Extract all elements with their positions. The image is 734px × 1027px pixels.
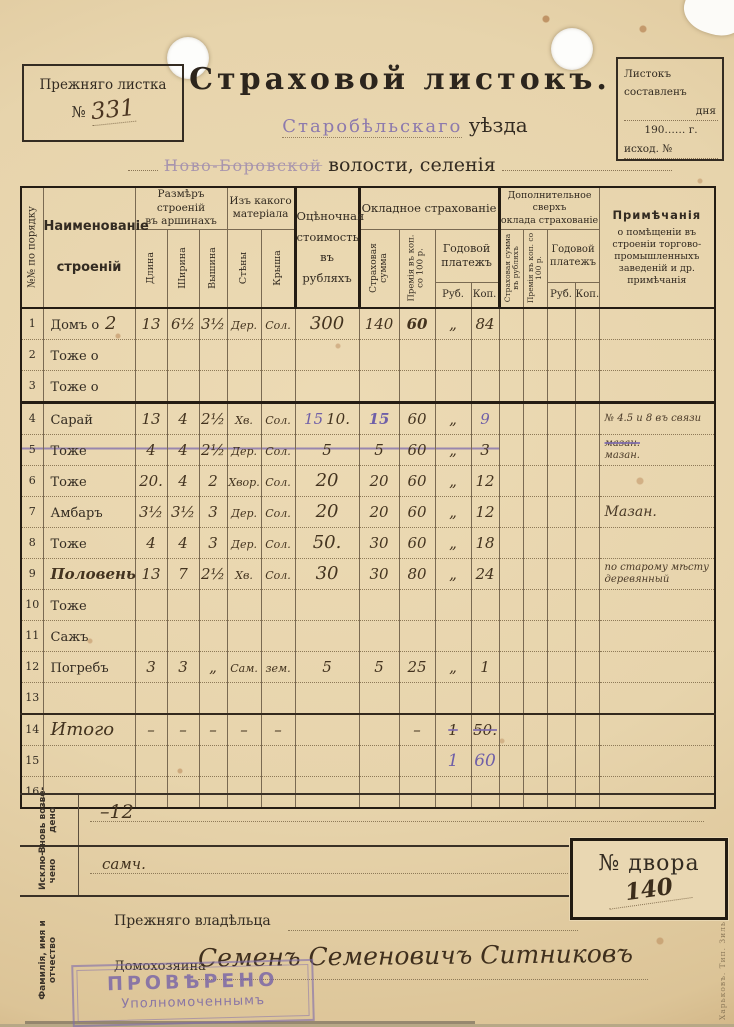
cell-erub <box>547 682 575 714</box>
cell-oprem <box>399 370 435 402</box>
cell-roof: зем. <box>261 651 295 682</box>
cell-esum <box>499 745 523 776</box>
cell-value: 30 <box>295 558 359 589</box>
cell-text: Тоже <box>51 444 87 459</box>
cell-erub <box>547 589 575 620</box>
cell-osum <box>359 339 399 370</box>
cell-roof: – <box>261 714 295 746</box>
cell-oprem: 60 <box>399 434 435 465</box>
cell-text: 5 <box>322 658 332 676</box>
table-row: 14Итого––––––150. <box>21 714 715 746</box>
previous-sheet-box: Прежняго листка № 331 <box>22 64 184 142</box>
cell-len: 3 <box>135 651 167 682</box>
cell-wid <box>167 589 199 620</box>
cell-walls <box>227 370 261 402</box>
cell-orub: 1 <box>435 714 471 746</box>
header-row-number: №№ по порядку <box>21 187 43 308</box>
cell-text: 3 <box>480 441 490 459</box>
cell-ekop <box>575 465 599 496</box>
cell-note <box>599 682 715 714</box>
uyezd-line: Старобѣльскаго уѣзда <box>235 113 575 137</box>
cell-note: № 4.5 и 8 въ связи <box>599 402 715 434</box>
cell-text: 5 <box>374 441 384 459</box>
header-notes: Примѣчанія о помѣщеніи въ строеніи торго… <box>599 187 715 308</box>
cell-text: 1 <box>448 721 458 739</box>
row-number: 6 <box>21 465 43 496</box>
family-name-label: Фамилія, имя иотчество <box>20 897 78 1022</box>
cell-wid: 4 <box>167 465 199 496</box>
cell-eprem <box>523 745 547 776</box>
cell-text: мазан. <box>600 450 715 462</box>
cell-text: № 4.5 и 8 въ связи <box>600 413 715 425</box>
cell-text: 60 <box>474 751 496 771</box>
cell-hgt: 2½ <box>199 558 227 589</box>
table-row: 9Половень1372½Хв.Сол.303080„24по старому… <box>21 558 715 589</box>
cell-oprem: – <box>399 714 435 746</box>
cell-value: 50. <box>295 527 359 558</box>
cell-osum: 15 <box>359 402 399 434</box>
cell-eprem <box>523 651 547 682</box>
cell-esum <box>499 589 523 620</box>
cell-len: 4 <box>135 434 167 465</box>
cell-text: Сам. <box>230 662 258 675</box>
cell-text: 60 <box>407 534 426 552</box>
cell-orub: „ <box>435 496 471 527</box>
cell-walls: Хв. <box>227 558 261 589</box>
cell-len <box>135 370 167 402</box>
cell-text: „ <box>449 534 457 552</box>
cell-roof: Сол. <box>261 527 295 558</box>
cell-wid <box>167 339 199 370</box>
cell-walls: Дер. <box>227 434 261 465</box>
cell-erub <box>547 308 575 340</box>
cell-text: – <box>274 721 282 739</box>
number-sign: № <box>72 103 86 121</box>
cell-ekop <box>575 527 599 558</box>
cell-oprem <box>399 620 435 651</box>
cell-osum <box>359 682 399 714</box>
cell-oprem <box>399 745 435 776</box>
header-rub: Руб. <box>435 282 471 308</box>
yard-number-box: № двора 140 <box>570 838 728 920</box>
header-size-group: Размѣръ строенійвъ аршинахъ <box>135 187 227 229</box>
cell-value <box>295 339 359 370</box>
cell-orub <box>435 682 471 714</box>
cell-erub <box>547 465 575 496</box>
scanned-insurance-sheet: Прежняго листка № 331 Страховой листокъ.… <box>0 0 734 1024</box>
cell-text: – <box>179 721 187 739</box>
cell-note <box>599 651 715 682</box>
header-oklad-sum: Страховая сумма <box>359 229 399 308</box>
cell-text: 50. <box>313 532 342 553</box>
cell-hgt: 3½ <box>199 308 227 340</box>
cell-okop: 50. <box>471 714 499 746</box>
cell-text: 13 <box>141 565 160 583</box>
cell-name: Тоже <box>43 465 135 496</box>
header-rub: Руб. <box>547 282 575 308</box>
cell-oprem: 60 <box>399 465 435 496</box>
cell-len <box>135 745 167 776</box>
table-row: 5Тоже442½Дер.Сол.5560„3мазан.мазан. <box>21 434 715 465</box>
cell-text: Дер. <box>231 538 257 551</box>
header-extra-sum: Страховая сумма въ рубляхъ <box>499 229 523 308</box>
cell-eprem <box>523 370 547 402</box>
cell-text: „ <box>449 315 457 333</box>
cell-name <box>43 682 135 714</box>
table-row: 11Сажъ <box>21 620 715 651</box>
cell-name: Тоже <box>43 527 135 558</box>
cell-hgt <box>199 370 227 402</box>
cell-name: Тоже <box>43 589 135 620</box>
cell-oprem: 80 <box>399 558 435 589</box>
row-number: 12 <box>21 651 43 682</box>
cell-text: Дер. <box>231 507 257 520</box>
cell-oprem: 60 <box>399 527 435 558</box>
cell-text: „ <box>449 503 457 521</box>
cell-text: 2½ <box>201 565 225 583</box>
cell-text: по старому мѣсту <box>600 562 715 574</box>
cell-okop: 9 <box>471 402 499 434</box>
cell-value <box>295 620 359 651</box>
cell-eprem <box>523 434 547 465</box>
cell-value <box>295 682 359 714</box>
cell-text: 6½ <box>171 315 195 333</box>
cell-note <box>599 308 715 340</box>
row-number: 9 <box>21 558 43 589</box>
header-oklad-group: Окладное страхованіе <box>359 187 499 229</box>
cell-len <box>135 339 167 370</box>
cell-len <box>135 682 167 714</box>
cell-osum <box>359 370 399 402</box>
cell-eprem <box>523 589 547 620</box>
cell-text: „ <box>449 658 457 676</box>
cell-hgt <box>199 339 227 370</box>
cell-text: 50. <box>473 721 497 739</box>
cell-value <box>295 714 359 746</box>
cell-name: Сажъ <box>43 620 135 651</box>
cell-roof: Сол. <box>261 465 295 496</box>
page-title: Страховой листокъ. <box>185 62 615 97</box>
cell-esum <box>499 308 523 340</box>
cell-wid: 4 <box>167 527 199 558</box>
cell-text: 300 <box>310 313 344 334</box>
cell-note <box>599 465 715 496</box>
cell-text: 18 <box>475 534 494 552</box>
row-number: 14 <box>21 714 43 746</box>
cell-text: Дер. <box>231 445 257 458</box>
cell-text: Погребъ <box>51 661 109 676</box>
cell-esum <box>499 339 523 370</box>
cell-osum <box>359 714 399 746</box>
header-length: Длина <box>135 229 167 308</box>
cell-hgt: 2½ <box>199 434 227 465</box>
cell-text: 3½ <box>139 503 163 521</box>
cell-erub <box>547 370 575 402</box>
cell-okop: 60 <box>471 745 499 776</box>
cell-text: 1 <box>448 751 459 771</box>
cell-hgt: 2 <box>199 465 227 496</box>
cell-ekop <box>575 496 599 527</box>
cell-name: Амбаръ <box>43 496 135 527</box>
cell-name: Тоже о <box>43 370 135 402</box>
table-row: 8Тоже443Дер.Сол.50.3060„18 <box>21 527 715 558</box>
cell-walls: Сам. <box>227 651 261 682</box>
cell-erub <box>547 339 575 370</box>
cell-note <box>599 745 715 776</box>
cell-text: 15 <box>304 410 323 428</box>
previous-sheet-label: Прежняго листка <box>24 77 182 93</box>
cell-erub <box>547 651 575 682</box>
cell-okop <box>471 620 499 651</box>
row-number: 8 <box>21 527 43 558</box>
sheet-composed-box: Листокъ составленъ дня 190…… г. исход. № <box>616 57 724 161</box>
cell-text: 20 <box>369 503 388 521</box>
cell-text: 5 <box>322 441 332 459</box>
cell-text: – <box>209 721 217 739</box>
cell-eprem <box>523 682 547 714</box>
cell-esum <box>499 370 523 402</box>
row-number: 10 <box>21 589 43 620</box>
cell-osum: 5 <box>359 434 399 465</box>
cell-value: 20 <box>295 465 359 496</box>
cell-value <box>295 370 359 402</box>
composed-line2: дня <box>624 102 718 121</box>
yard-number-label: № двора <box>573 851 725 876</box>
cell-text: Сол. <box>265 476 291 489</box>
cell-erub <box>547 620 575 651</box>
cell-text: 3 <box>146 658 156 676</box>
cell-text: Сол. <box>265 507 291 520</box>
cell-note <box>599 370 715 402</box>
cell-wid: 4 <box>167 402 199 434</box>
cell-ekop <box>575 339 599 370</box>
yard-number-value: 140 <box>605 870 692 909</box>
cell-walls: Дер. <box>227 496 261 527</box>
cell-note: мазан.мазан. <box>599 434 715 465</box>
cell-name: Погребъ <box>43 651 135 682</box>
cell-walls <box>227 745 261 776</box>
cell-orub: „ <box>435 434 471 465</box>
table-body: 1Домъ о 2136½3½Дер.Сол.30014060„842Тоже … <box>21 308 715 808</box>
cell-hgt <box>199 682 227 714</box>
cell-text: Сажъ <box>51 630 89 645</box>
cell-text: 3 <box>208 534 218 552</box>
cell-roof <box>261 745 295 776</box>
cell-walls: – <box>227 714 261 746</box>
cell-value: 5 <box>295 651 359 682</box>
cell-len: 4 <box>135 527 167 558</box>
cell-note: Мазан. <box>599 496 715 527</box>
cell-text: 13 <box>141 315 160 333</box>
cell-text: 2 <box>99 313 116 334</box>
cell-text: Сол. <box>265 414 291 427</box>
cell-value <box>295 745 359 776</box>
cell-okop: 12 <box>471 496 499 527</box>
cell-value: 20 <box>295 496 359 527</box>
header-height: Вышина <box>199 229 227 308</box>
cell-oprem <box>399 339 435 370</box>
cell-len: 13 <box>135 558 167 589</box>
cell-text: зем. <box>265 662 290 675</box>
cell-text: 30 <box>369 565 388 583</box>
cell-text: 30 <box>316 563 339 584</box>
cell-okop: 18 <box>471 527 499 558</box>
cell-name: Итого <box>43 714 135 746</box>
uyezd-stamp: Старобѣльскаго <box>282 116 462 138</box>
cell-wid <box>167 370 199 402</box>
cell-text: 1 <box>480 658 490 676</box>
table-row: 10Тоже <box>21 589 715 620</box>
cell-note <box>599 620 715 651</box>
cell-ekop <box>575 651 599 682</box>
cell-text: 20 <box>369 472 388 490</box>
cell-walls <box>227 339 261 370</box>
cell-hgt: 3 <box>199 496 227 527</box>
cell-oprem <box>399 589 435 620</box>
cell-osum: 140 <box>359 308 399 340</box>
row-number: 5 <box>21 434 43 465</box>
row-number: 7 <box>21 496 43 527</box>
header-extra-annual-payment: Годовойплатежъ <box>547 229 599 282</box>
cell-oprem: 60 <box>399 496 435 527</box>
cell-walls <box>227 589 261 620</box>
cell-text: Домъ о <box>51 318 100 333</box>
cell-text: Хв. <box>235 569 253 582</box>
cell-esum <box>499 651 523 682</box>
cell-text: 4 <box>178 410 188 428</box>
cell-orub <box>435 620 471 651</box>
cell-len: – <box>135 714 167 746</box>
cell-eprem <box>523 308 547 340</box>
cell-len: 20. <box>135 465 167 496</box>
cell-text: „ <box>449 441 457 459</box>
cell-text: 4 <box>146 441 156 459</box>
torn-corner <box>678 0 734 42</box>
cell-text: – <box>413 721 421 739</box>
cell-wid <box>167 745 199 776</box>
cell-note <box>599 339 715 370</box>
cell-wid: 6½ <box>167 308 199 340</box>
cell-okop <box>471 589 499 620</box>
cell-okop <box>471 682 499 714</box>
cell-text: 10. <box>326 410 350 428</box>
cell-text: 60 <box>407 410 426 428</box>
cell-text: 5 <box>374 658 384 676</box>
header-extra-group: Дополнительное сверхъоклада страхованіе <box>499 187 599 229</box>
table-row: 7Амбаръ3½3½3Дер.Сол.202060„12Мазан. <box>21 496 715 527</box>
cell-orub: „ <box>435 402 471 434</box>
cell-text: 4 <box>178 441 188 459</box>
cell-eprem <box>523 465 547 496</box>
cell-text: 12 <box>475 503 494 521</box>
cell-osum: 30 <box>359 527 399 558</box>
cell-name: Домъ о 2 <box>43 308 135 340</box>
cell-hgt: „ <box>199 651 227 682</box>
cell-text: 25 <box>407 658 426 676</box>
excluded-value: самч. <box>102 855 146 873</box>
cell-eprem <box>523 714 547 746</box>
cell-oprem: 25 <box>399 651 435 682</box>
cell-eprem <box>523 402 547 434</box>
table-row: 13 <box>21 682 715 714</box>
cell-esum <box>499 620 523 651</box>
cell-name: Сарай <box>43 402 135 434</box>
cell-roof <box>261 370 295 402</box>
header-extra-premium: Премія въ коп. со 100 р. <box>523 229 547 308</box>
cell-orub: „ <box>435 308 471 340</box>
cell-ekop <box>575 402 599 434</box>
cell-name: Тоже <box>43 434 135 465</box>
cell-orub <box>435 589 471 620</box>
cell-oprem: 60 <box>399 308 435 340</box>
cell-text: деревянный <box>600 574 715 586</box>
uyezd-label: уѣзда <box>469 113 528 137</box>
cell-value: 5 <box>295 434 359 465</box>
cell-len <box>135 589 167 620</box>
cell-note <box>599 589 715 620</box>
cell-walls <box>227 682 261 714</box>
cell-text: 7 <box>178 565 188 583</box>
cell-text: 2½ <box>201 410 225 428</box>
cell-esum <box>499 527 523 558</box>
cell-text: Тоже <box>51 537 87 552</box>
cell-erub <box>547 527 575 558</box>
cell-ekop <box>575 714 599 746</box>
composed-line3: 190…… г. <box>624 121 718 139</box>
verified-stamp-line1: ПРОВѢРЕНО <box>73 968 311 996</box>
cell-okop <box>471 370 499 402</box>
cell-roof: Сол. <box>261 402 295 434</box>
cell-roof <box>261 682 295 714</box>
cell-ekop <box>575 308 599 340</box>
cell-text: 140 <box>365 315 394 333</box>
cell-wid: 7 <box>167 558 199 589</box>
cell-ekop <box>575 370 599 402</box>
row-number: 4 <box>21 402 43 434</box>
cell-text: Сол. <box>265 445 291 458</box>
cell-erub <box>547 714 575 746</box>
cell-text: 15 <box>369 410 390 428</box>
previous-owner-blank-line <box>288 930 578 931</box>
cell-wid: 3½ <box>167 496 199 527</box>
cell-okop: 84 <box>471 308 499 340</box>
cell-okop: 24 <box>471 558 499 589</box>
verified-stamp-line2: Уполномоченнымъ <box>74 992 312 1013</box>
cell-text: мазан. <box>600 438 715 450</box>
cell-roof <box>261 339 295 370</box>
cell-value: 300 <box>295 308 359 340</box>
header-oklad-premium: Премія въ коп. со 100 р. <box>399 229 435 308</box>
cell-wid: – <box>167 714 199 746</box>
cell-esum <box>499 465 523 496</box>
cell-esum <box>499 682 523 714</box>
cell-text: 3 <box>208 503 218 521</box>
cell-text: Половень <box>51 565 136 583</box>
insurance-table: №№ по порядку Наименованіестроеній Размѣ… <box>20 186 716 809</box>
cell-value: 1510. <box>295 402 359 434</box>
cell-erub <box>547 496 575 527</box>
cell-text: 84 <box>475 315 494 333</box>
verified-stamp: ПРОВѢРЕНО Уполномоченнымъ <box>71 959 315 1024</box>
cell-roof: Сол. <box>261 558 295 589</box>
cell-text: 20. <box>139 472 163 490</box>
cell-roof: Сол. <box>261 308 295 340</box>
cell-eprem <box>523 620 547 651</box>
cell-len: 3½ <box>135 496 167 527</box>
cell-wid: 4 <box>167 434 199 465</box>
previous-sheet-number-handwritten: 331 <box>89 95 135 126</box>
cell-osum: 30 <box>359 558 399 589</box>
